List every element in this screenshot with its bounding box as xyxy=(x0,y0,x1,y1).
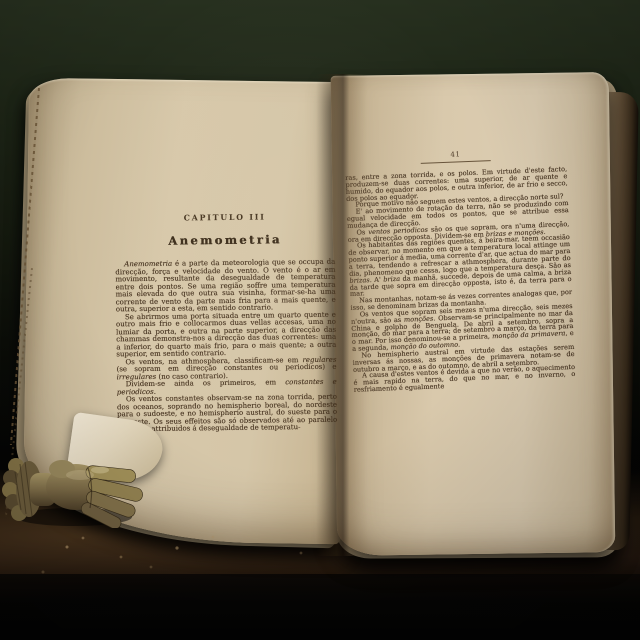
book-photo-scene: CAPITULO III Anemometria Anemometria é a… xyxy=(0,0,640,640)
dust-specks xyxy=(0,0,2,2)
table-shadow-strip xyxy=(0,574,640,640)
bronze-hand-paperweight xyxy=(2,428,152,528)
page-number: 41 xyxy=(450,150,460,158)
paragraph: Anemometria é a parte da meteorologia qu… xyxy=(115,259,336,314)
section-heading: Anemometria xyxy=(115,232,335,249)
chapter-heading: CAPITULO III xyxy=(115,212,335,224)
right-page-text-block: 41 ras, entre a zona torrida, e os polos… xyxy=(344,137,576,394)
page-number-rule: 41 xyxy=(420,140,491,164)
right-page-paragraphs: ras, entre a zona torrida, e os polos. E… xyxy=(345,166,576,394)
left-page-paragraphs: Anemometria é a parte da meteorologia qu… xyxy=(115,259,337,434)
paragraph: Se abrirmos uma porta situada entre um q… xyxy=(116,311,337,359)
knuckle-highlight xyxy=(91,467,109,474)
left-page-text-block: CAPITULO III Anemometria Anemometria é a… xyxy=(115,212,338,434)
